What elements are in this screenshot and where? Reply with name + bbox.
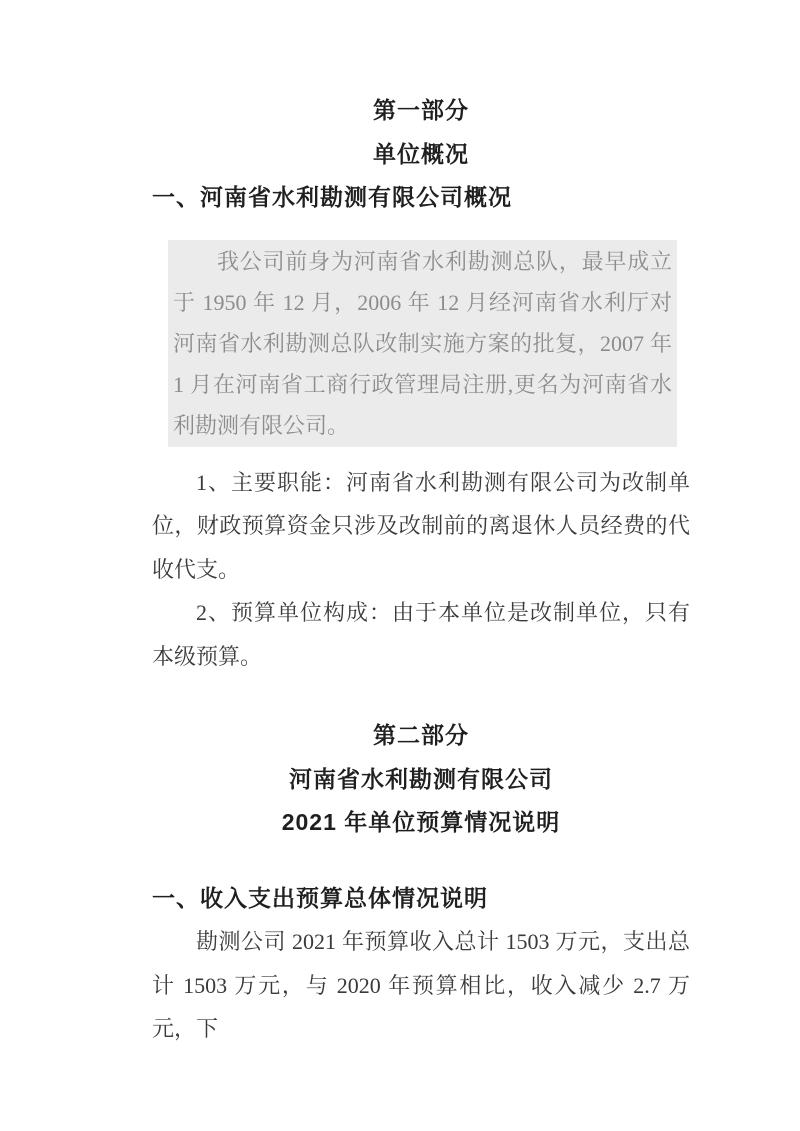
part2-heading-block: 第二部分 河南省水利勘测有限公司 2021 年单位预算情况说明: [152, 714, 690, 845]
part2-section-heading: 一、收入支出预算总体情况说明: [152, 877, 690, 921]
highlighted-paragraph-text: 我公司前身为河南省水利勘测总队，最早成立于 1950 年 12 月，2006 年…: [173, 241, 672, 446]
highlighted-paragraph-box: 我公司前身为河南省水利勘测总队，最早成立于 1950 年 12 月，2006 年…: [168, 240, 677, 447]
budget-unit-composition-paragraph: 2、预算单位构成：由于本单位是改制单位，只有本级预算。: [152, 591, 690, 678]
document-page: 第一部分 单位概况 一、河南省水利勘测有限公司概况 我公司前身为河南省水利勘测总…: [0, 0, 800, 1131]
part1-subtitle: 单位概况: [152, 133, 690, 177]
part1-body-paragraphs: 1、主要职能：河南省水利勘测有限公司为改制单位，财政预算资金只涉及改制前的离退休…: [152, 461, 690, 679]
part1-title: 第一部分: [152, 89, 690, 133]
part2-company-line: 河南省水利勘测有限公司: [152, 758, 690, 802]
budget-summary-paragraph: 勘测公司 2021 年预算收入总计 1503 万元，支出总计 1503 万元，与…: [152, 920, 690, 1051]
part2-year-line: 2021 年单位预算情况说明: [152, 801, 690, 845]
document-content-column: 第一部分 单位概况 一、河南省水利勘测有限公司概况 我公司前身为河南省水利勘测总…: [152, 0, 690, 1051]
part1-section-heading: 一、河南省水利勘测有限公司概况: [152, 176, 690, 220]
budget-summary-block: 勘测公司 2021 年预算收入总计 1503 万元，支出总计 1503 万元，与…: [152, 920, 690, 1051]
part1-heading-block: 第一部分 单位概况 一、河南省水利勘测有限公司概况: [152, 89, 690, 220]
main-functions-paragraph: 1、主要职能：河南省水利勘测有限公司为改制单位，财政预算资金只涉及改制前的离退休…: [152, 461, 690, 592]
part2-title: 第二部分: [152, 714, 690, 758]
